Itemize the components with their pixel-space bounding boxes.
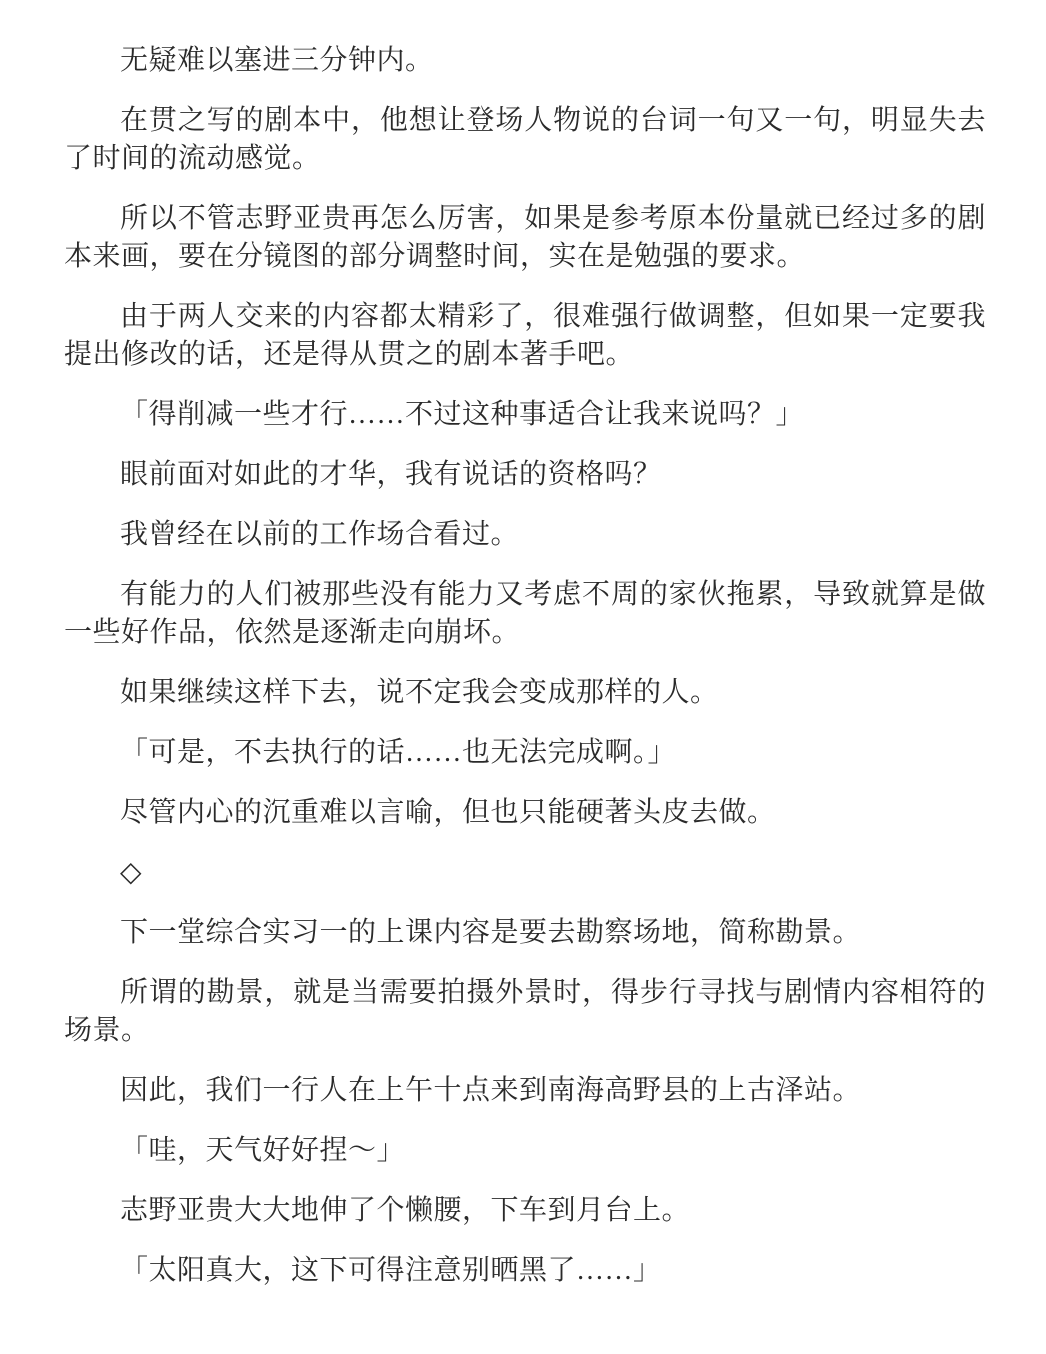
paragraph: 有能力的人们被那些没有能力又考虑不周的家伙拖累，导致就算是做一些好作品，依然是逐… <box>64 576 986 652</box>
section-divider: ◇ <box>64 854 986 892</box>
paragraph: 如果继续这样下去，说不定我会变成那样的人。 <box>64 674 986 712</box>
paragraph: 眼前面对如此的才华，我有说话的资格吗？ <box>64 456 986 494</box>
paragraph: 由于两人交来的内容都太精彩了，很难强行做调整，但如果一定要我提出修改的话，还是得… <box>64 298 986 374</box>
paragraph: 因此，我们一行人在上午十点来到南海高野县的上古泽站。 <box>64 1072 986 1110</box>
dialogue-paragraph: 「可是，不去执行的话……也无法完成啊。」 <box>64 734 986 772</box>
novel-page: 无疑难以塞进三分钟内。在贯之写的剧本中，他想让登场人物说的台词一句又一句，明显失… <box>0 0 1046 1354</box>
paragraph: 在贯之写的剧本中，他想让登场人物说的台词一句又一句，明显失去了时间的流动感觉。 <box>64 102 986 178</box>
dialogue-paragraph: 「太阳真大，这下可得注意别晒黑了……」 <box>64 1252 986 1290</box>
paragraph: 无疑难以塞进三分钟内。 <box>64 42 986 80</box>
dialogue-paragraph: 「得削减一些才行……不过这种事适合让我来说吗？」 <box>64 396 986 434</box>
paragraph: 我曾经在以前的工作场合看过。 <box>64 516 986 554</box>
text-column: 无疑难以塞进三分钟内。在贯之写的剧本中，他想让登场人物说的台词一句又一句，明显失… <box>64 42 986 1312</box>
dialogue-paragraph: 「哇，天气好好捏～」 <box>64 1132 986 1170</box>
paragraph: 所谓的勘景，就是当需要拍摄外景时，得步行寻找与剧情内容相符的场景。 <box>64 974 986 1050</box>
paragraph: 尽管内心的沉重难以言喻，但也只能硬著头皮去做。 <box>64 794 986 832</box>
paragraph: 志野亚贵大大地伸了个懒腰，下车到月台上。 <box>64 1192 986 1230</box>
paragraph: 所以不管志野亚贵再怎么厉害，如果是参考原本份量就已经过多的剧本来画，要在分镜图的… <box>64 200 986 276</box>
paragraph: 下一堂综合实习一的上课内容是要去勘察场地，简称勘景。 <box>64 914 986 952</box>
